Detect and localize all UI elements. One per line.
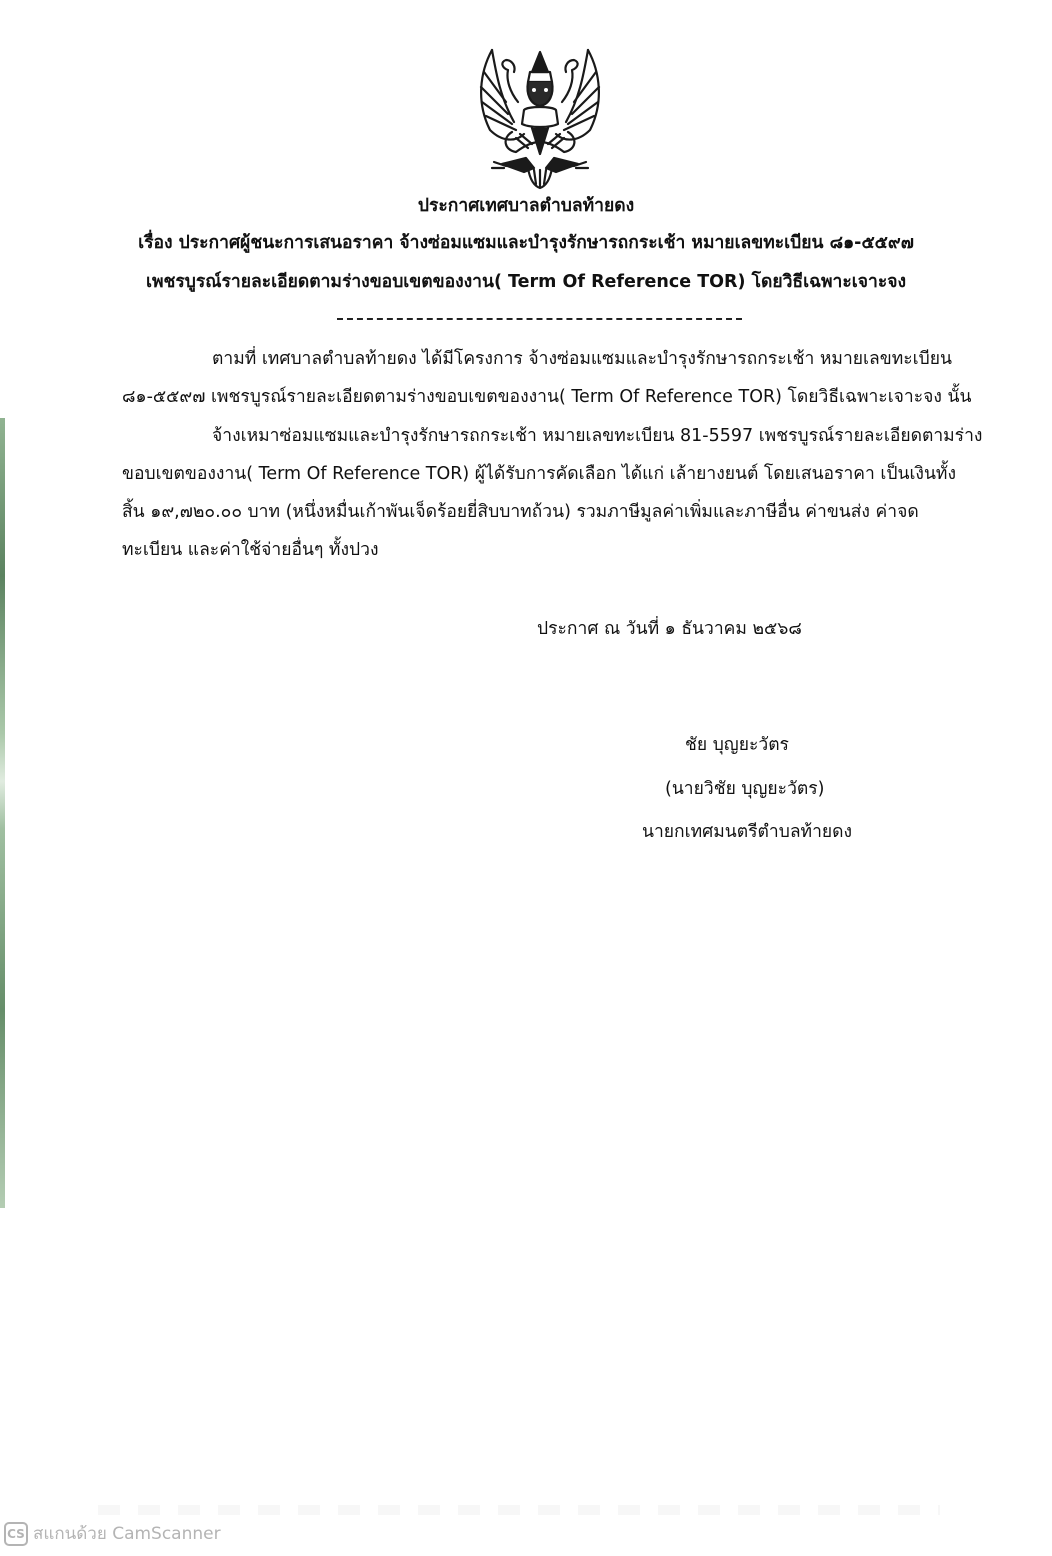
camscanner-watermark: CS สแกนด้วย CamScanner: [4, 1520, 221, 1547]
body-line: จ้างเหมาซ่อมแซมและบำรุงรักษารถกระเช้า หม…: [212, 424, 982, 448]
announcement-date: ประกาศ ณ วันที่ ๑ ธันวาคม ๒๕๖๘: [537, 617, 802, 641]
scan-edge-artifact: [0, 418, 5, 1208]
subject-line-1: เรื่อง ประกาศผู้ชนะการเสนอราคา จ้างซ่อมแ…: [0, 231, 1052, 255]
body-line: ทะเบียน และค่าใช้จ่ายอื่นๆ ทั้งปวง: [122, 538, 379, 562]
body-line: ตามที่ เทศบาลตำบลท้ายดง ได้มีโครงการ จ้า…: [212, 347, 952, 371]
section-divider: [337, 318, 742, 320]
document-title: ประกาศเทศบาลตำบลท้ายดง: [0, 194, 1052, 218]
signer-position: นายกเทศมนตรีตำบลท้ายดง: [642, 820, 852, 844]
garuda-emblem-icon: [472, 42, 608, 190]
body-line: สิ้น ๑๙,๗๒๐.๐๐ บาท (หนึ่งหมื่นเก้าพันเจ็…: [122, 500, 919, 524]
body-line: ขอบเขตของงาน( Term Of Reference TOR) ผู้…: [122, 462, 956, 486]
watermark-label: สแกนด้วย CamScanner: [33, 1520, 221, 1547]
camscanner-logo-icon: CS: [4, 1522, 28, 1546]
bleed-through-artifact: [80, 1505, 940, 1515]
body-line: ๘๑-๕๕๙๗ เพชรบูรณ์รายละเอียดตามร่างขอบเขต…: [122, 385, 971, 409]
signer-name: (นายวิชัย บุญยะวัตร): [665, 777, 824, 801]
signature: ชัย บุญยะวัตร: [685, 733, 789, 757]
subject-line-2: เพชรบูรณ์รายละเอียดตามร่างขอบเขตของงาน( …: [0, 270, 1052, 294]
